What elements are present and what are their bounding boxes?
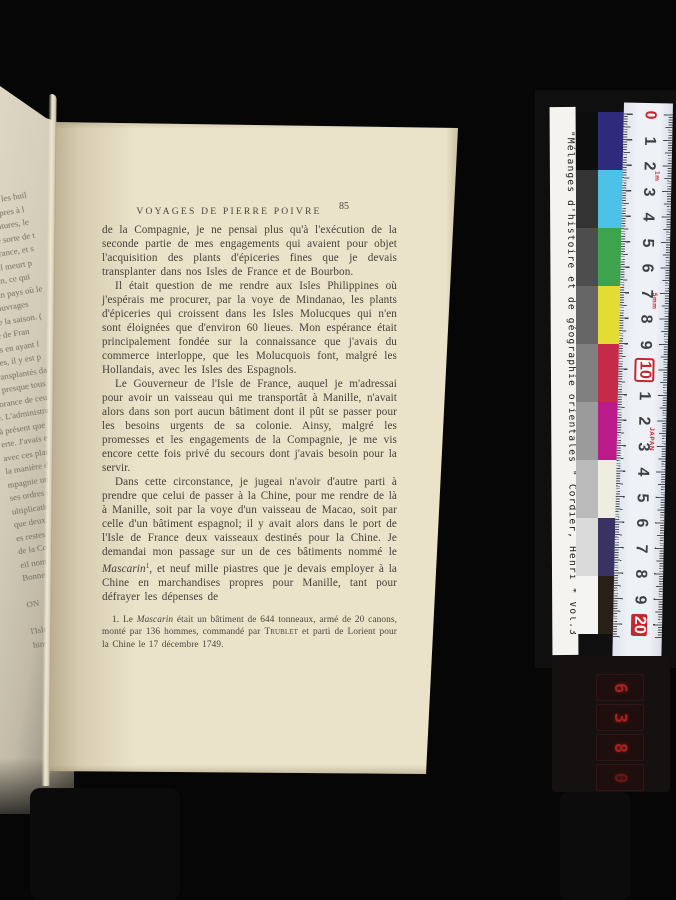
text-run: 1. Le <box>112 615 137 625</box>
running-header: VOYAGES DE PIERRE POIVRE <box>136 206 321 217</box>
gray-step <box>576 344 598 402</box>
ruler-annotation: 1m <box>653 171 660 182</box>
gray-step <box>576 576 598 634</box>
gray-step <box>576 170 598 228</box>
text-run: Trublet <box>264 627 298 637</box>
ruler-number: 6 <box>638 263 654 272</box>
frame-counter: 6380 <box>552 656 670 792</box>
color-patch <box>598 112 624 170</box>
gray-step <box>576 460 598 518</box>
ruler-number: 8 <box>637 314 653 323</box>
counter-digit: 3 <box>596 704 644 731</box>
running-header-row: VOYAGES DE PIERRE POIVRE <box>82 201 376 219</box>
page-number: 85 <box>339 201 349 212</box>
ruler-number: 5 <box>639 238 655 247</box>
ruler-number: 1 <box>636 391 652 400</box>
text-run: Dans cette circonstance, je jugeai n'avo… <box>102 476 397 558</box>
page-body: de la Compagnie, je ne pensai plus qu'à … <box>102 223 397 661</box>
ruler-annotation: JAPAN <box>648 427 656 451</box>
counter-digit: 8 <box>596 734 644 761</box>
counter-digit-value: 0 <box>610 772 630 782</box>
ruler-number: 1 <box>641 136 657 145</box>
counter-digit: 6 <box>596 674 644 701</box>
gray-step <box>576 518 598 576</box>
body-paragraph: Le Gouverneur de l'Isle de France, auque… <box>102 377 397 475</box>
ruler-number: 10 <box>634 358 654 382</box>
text-run: de la Compagnie, je ne pensai plus qu'à … <box>102 224 397 278</box>
ruler-number: 3 <box>640 187 656 196</box>
counter-digit-value: 8 <box>610 742 630 752</box>
book-cradle-shadow <box>30 788 180 900</box>
ruler-number: 8 <box>632 569 648 578</box>
ruler-number: 2 <box>635 416 651 425</box>
ruler-number: 9 <box>637 340 653 349</box>
ruler-number: 0 <box>642 110 658 119</box>
body-paragraph: de la Compagnie, je ne pensai plus qu'à … <box>102 223 397 279</box>
gray-step <box>576 112 598 170</box>
counter-digits: 6380 <box>596 674 644 791</box>
ruler-number: 7 <box>633 544 649 553</box>
counter-digit-value: 6 <box>610 682 630 692</box>
gray-step <box>576 228 598 286</box>
grayscale-wedge <box>576 112 598 634</box>
book-scan-photo: { "page": { "running_header": "VOYAGES D… <box>0 0 676 900</box>
volume-label: "Mélanges d'histoire et de géographie or… <box>550 107 579 655</box>
ruler-numbers: 012345678910123456789201m5mmJAPAN <box>624 102 673 103</box>
ruler-number: 9 <box>631 595 647 604</box>
footnote: 1. Le Mascarin était un bâtiment de 644 … <box>102 614 397 651</box>
counter-stand <box>560 792 630 900</box>
body-paragraph: Dans cette circonstance, je jugeai n'avo… <box>102 475 397 604</box>
book-page: VOYAGES DE PIERRE POIVRE 85 de la Compag… <box>47 122 458 774</box>
gray-step <box>576 402 598 460</box>
ruler-number: 2 <box>641 161 657 170</box>
body-paragraph: Il était question de me rendre aux Isles… <box>102 279 397 377</box>
ruler-number: 5 <box>634 493 650 502</box>
ruler-number: 6 <box>633 518 649 527</box>
ruler-number: 4 <box>639 212 655 221</box>
gray-step <box>576 286 598 344</box>
color-patch <box>598 170 624 228</box>
text-run: Il était question de me rendre aux Isles… <box>102 280 397 376</box>
counter-digit: 0 <box>596 764 644 791</box>
ruler-annotation: 5mm <box>650 293 657 310</box>
ruler-number: 4 <box>634 467 650 476</box>
text-run: Mascarin <box>137 615 173 625</box>
counter-digit-value: 3 <box>610 712 630 722</box>
text-run: Mascarin <box>102 563 146 575</box>
text-run: Le Gouverneur de l'Isle de France, auque… <box>102 378 397 474</box>
ruler-number: 20 <box>631 614 647 636</box>
